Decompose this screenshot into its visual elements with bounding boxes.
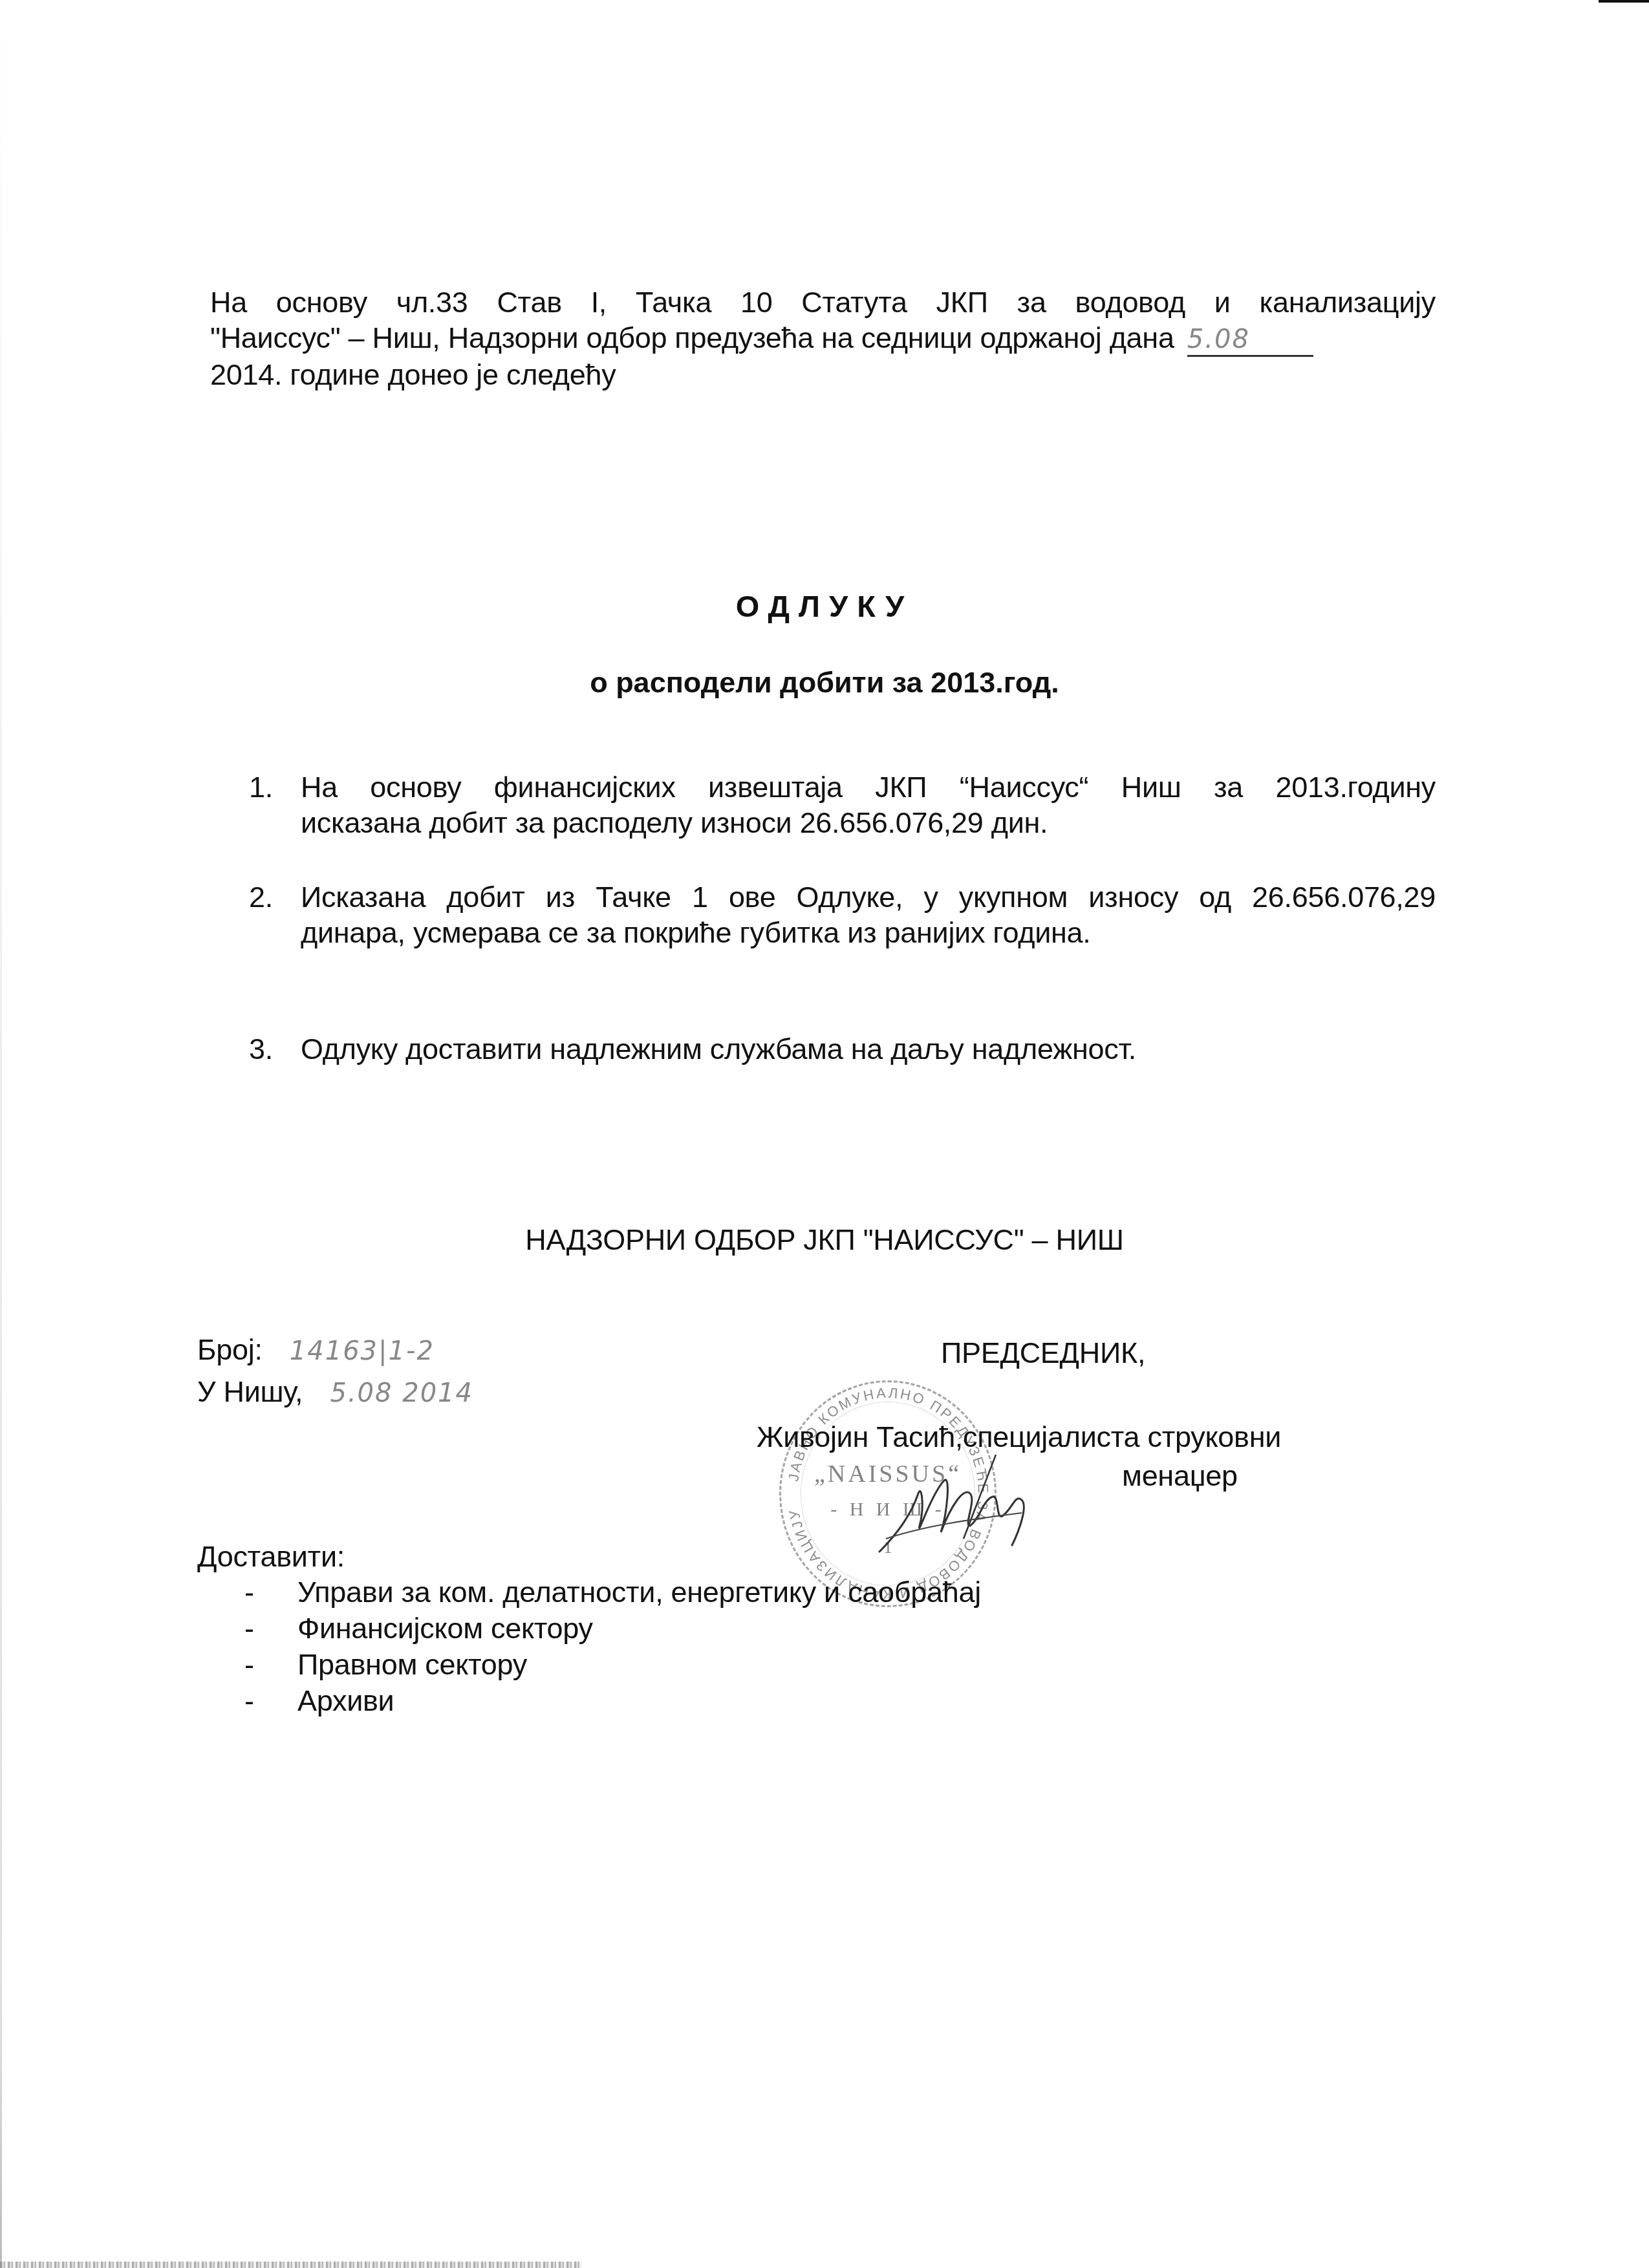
president-label: ПРЕДСЕДНИК,: [941, 1335, 1145, 1371]
item-number: 3.: [249, 1031, 301, 1067]
item-number: 1.: [249, 769, 301, 805]
item-number: 2.: [249, 879, 301, 915]
bullet-dash-icon: -: [244, 1683, 254, 1718]
signer-title: менаџер: [1122, 1458, 1238, 1493]
delivery-label: Доставити:: [197, 1539, 345, 1574]
scan-artifact-top: [1599, 0, 1649, 3]
bullet-dash-icon: -: [244, 1574, 254, 1610]
recipient-label: Финансијском сектору: [297, 1610, 593, 1646]
item-body: На основу финансијских извештаја ЈКП “На…: [301, 769, 1436, 840]
place-date: У Нишу, 5.08 2014: [197, 1374, 473, 1411]
bullet-dash-icon: -: [244, 1610, 254, 1646]
reference-number: Број: 14163|1-2: [197, 1332, 435, 1369]
item-line: На основу финансијских извештаја ЈКП “На…: [301, 769, 1436, 805]
handwritten-reference-number: 14163|1-2: [290, 1336, 435, 1366]
place-label: У Нишу,: [197, 1375, 303, 1408]
preamble-line-3: 2014. године донео је следећу: [210, 357, 1436, 392]
recipient-label: Управи за ком. делатности, енергетику и …: [297, 1574, 981, 1610]
supervisory-board-heading: НАДЗОРНИ ОДБОР ЈКП "НАИССУС" – НИШ: [0, 1222, 1649, 1257]
document-subtitle: о расподели добити за 2013.год.: [0, 666, 1649, 700]
preamble-line-2-text: "Наиссус" – Ниш, Надзорни одбор предузећ…: [210, 321, 1174, 354]
item-line: динара, усмерава се за покриће губитка и…: [301, 915, 1436, 950]
bullet-dash-icon: -: [244, 1647, 254, 1682]
scan-artifact-left: [0, 0, 2, 2268]
document-title: ОДЛУКУ: [0, 588, 1649, 624]
document-page: На основу чл.33 Став I, Тачка 10 Статута…: [0, 0, 1649, 2268]
signer-name: Живојин Тасић,специјалиста струковни: [757, 1419, 1281, 1455]
item-body: Одлуку доставити надлежним службама на д…: [301, 1031, 1436, 1067]
handwritten-signature-icon: [873, 1455, 1041, 1571]
reference-number-label: Број:: [197, 1333, 263, 1366]
preamble: На основу чл.33 Став I, Тачка 10 Статута…: [210, 284, 1436, 392]
item-body: Исказана добит из Тачке 1 ове Одлуке, у …: [301, 879, 1436, 950]
handwritten-date: 5.08 2014: [330, 1378, 473, 1408]
preamble-line-1: На основу чл.33 Став I, Тачка 10 Статута…: [210, 284, 1436, 320]
recipient-label: Правном сектору: [297, 1647, 527, 1682]
recipient-label: Архиви: [297, 1683, 394, 1718]
item-line: исказана добит за расподелу износи 26.65…: [301, 805, 1436, 840]
preamble-line-2: "Наиссус" – Ниш, Надзорни одбор предузећ…: [210, 320, 1436, 357]
item-line: Исказана добит из Тачке 1 ове Одлуке, у …: [301, 879, 1436, 915]
handwritten-session-date: 5.08: [1187, 324, 1313, 357]
scan-artifact-bottom: [0, 2262, 582, 2268]
item-line: Одлуку доставити надлежним службама на д…: [301, 1031, 1436, 1067]
